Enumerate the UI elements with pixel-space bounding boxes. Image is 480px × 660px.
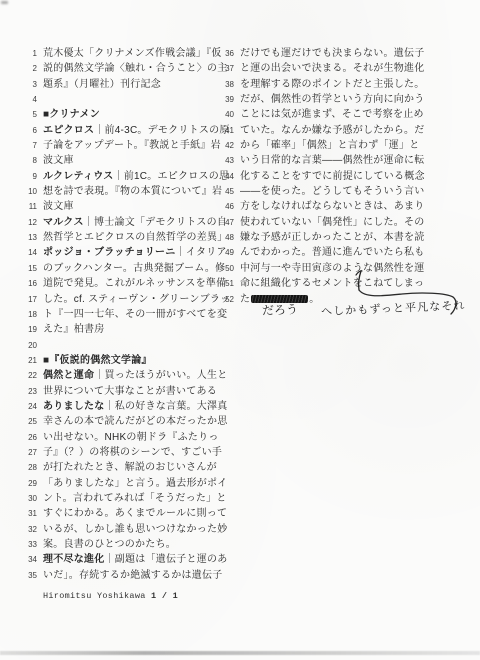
line-text: い出せない。NHKの朝ドラ『ふたりっ	[43, 430, 219, 445]
line-text: 幸さんの本で読んだがどの本だったか思	[43, 414, 228, 429]
text-line: 9ルクレティウス｜前1C。エピクロスの思	[21, 169, 230, 184]
text-line: 51命に組織化するセメントをこねてしまっ	[210, 276, 425, 291]
line-text: 想を詩で表現。『物の本質について』岩	[43, 184, 222, 199]
text-line: 39だが、偶然性の哲学という方向に向かう	[210, 92, 425, 107]
text-line: 31すぐにわかる。あくまでルールに則って	[21, 506, 230, 521]
line-number: 45	[210, 184, 234, 199]
text-line: 21■『仮説的偶然文学論』	[21, 353, 230, 368]
text-line: 20	[21, 338, 230, 353]
text-line: 42から「確率」「偶然」と言わず「運」と	[210, 138, 425, 153]
line-text: すぐにわかる。あくまでルールに則って	[43, 506, 227, 521]
left-text-column: 1荒木優太「クリナメンズ作戦会議」『仮2説的偶然文学論〈触れ・合うこと〉の主3題…	[21, 46, 230, 583]
line-text: ト『一四一七年、その一冊がすべてを変	[43, 307, 227, 322]
line-number: 46	[210, 199, 234, 214]
line-number: 3	[21, 77, 37, 92]
line-text: 案。良書のひとつのかたち。	[43, 537, 176, 552]
line-text: 世界について大事なことが書いてある	[43, 384, 217, 399]
line-text: 然哲学とエピクロスの自然哲学の差異」	[43, 230, 228, 245]
text-line: 22偶然と運命｜買ったほうがいい。人生と	[21, 368, 230, 383]
text-line: 11波文庫	[21, 199, 230, 214]
line-number: 32	[21, 522, 37, 537]
line-text: ありましたな｜私の好きな言葉。大澤真	[43, 399, 228, 414]
text-line: 33案。良書のひとつのかたち。	[21, 537, 230, 552]
line-text: 波文庫	[43, 199, 74, 214]
line-number: 38	[210, 77, 234, 92]
text-line: 48嫌な予感が正しかったことが、本書を読	[210, 230, 425, 245]
line-number: 31	[21, 506, 37, 521]
line-number: 50	[210, 261, 234, 276]
line-number: 10	[21, 184, 37, 199]
text-line: 14ポッジョ・ブラッチョリーニ｜イタリア	[21, 245, 230, 260]
line-number: 8	[21, 153, 37, 168]
line-number: 35	[21, 568, 37, 583]
line-number: 18	[21, 307, 37, 322]
line-number: 42	[210, 138, 234, 153]
text-line: 13然哲学とエピクロスの自然哲学の差異」	[21, 230, 230, 245]
text-line: 34理不尽な進化｜副題は「遺伝子と運のあ	[21, 552, 230, 567]
line-text: と運の出会いで決まる。それが生物進化	[240, 61, 425, 76]
text-line: 40ことには気が進まず、そこで考察を止め	[210, 107, 425, 122]
line-number: 13	[21, 230, 37, 245]
line-text: 子論をアップデート。『教説と手紙』岩	[43, 138, 221, 153]
text-line: 36だけでも運だけでも決まらない。遺伝子	[210, 46, 425, 61]
line-number: 37	[210, 61, 234, 76]
text-line: 50中河与一や寺田寅彦のような偶然性を運	[210, 261, 425, 276]
text-line: 28が打たれたとき、解説のおじいさんが	[21, 460, 230, 475]
line-number: 51	[210, 276, 234, 291]
line-text: 中河与一や寺田寅彦のような偶然性を運	[240, 261, 425, 276]
line-text: のブックハンター。古典発掘ブーム。修	[43, 261, 225, 276]
text-line: 19えた』柏書房	[21, 322, 230, 337]
text-line: 4	[21, 92, 230, 107]
line-number: 34	[21, 552, 37, 567]
line-text: 使われていない「偶発性」にした。その	[240, 215, 425, 230]
line-number: 48	[210, 230, 234, 245]
text-line: 46方をしなければならないときは、あまり	[210, 199, 425, 214]
line-text: んでわかった。普通に進んでいたら私も	[240, 245, 425, 260]
line-number: 33	[21, 537, 37, 552]
line-text: 理不尽な進化｜副題は「遺伝子と運のあ	[43, 552, 228, 567]
line-text: 嫌な予感が正しかったことが、本書を読	[240, 230, 425, 245]
line-number: 41	[210, 123, 234, 138]
line-text: 題系』（月曜社）刊行記念	[43, 77, 161, 92]
line-number: 47	[210, 215, 234, 230]
footer-page-indicator: 1 / 1	[151, 591, 178, 601]
line-number: 39	[210, 92, 234, 107]
line-text: エピクロス｜前4-3C。デモクリトスの原	[43, 123, 230, 138]
line-text: えた』柏書房	[43, 322, 105, 337]
text-line: 5■クリナメン	[21, 107, 230, 122]
text-line: 7子論をアップデート。『教説と手紙』岩	[21, 138, 230, 153]
line-text: ことには気が進まず、そこで考察を止め	[240, 107, 424, 122]
line-number: 29	[21, 476, 37, 491]
line-number: 11	[21, 199, 37, 214]
text-line: 44化することをすでに前提にしている概念	[210, 169, 425, 184]
line-text: 方をしなければならないときは、あまり	[240, 199, 425, 214]
text-line: 10想を詩で表現。『物の本質について』岩	[21, 184, 230, 199]
line-text: ていた。なんか嫌な予感がしたから。だ	[240, 123, 425, 138]
text-line: 37と運の出会いで決まる。それが生物進化	[210, 61, 425, 76]
line-text: ポッジョ・ブラッチョリーニ｜イタリア	[43, 245, 227, 260]
line-number: 21	[21, 353, 37, 368]
line-text: が打たれたとき、解説のおじいさんが	[43, 460, 217, 475]
line-number: 27	[21, 445, 37, 460]
line-number: 36	[210, 46, 234, 61]
line-number: 40	[210, 107, 234, 122]
text-line: 8波文庫	[21, 153, 230, 168]
text-line: 15のブックハンター。古典発掘ブーム。修	[21, 261, 230, 276]
text-line: 30ント。言われてみれば「そうだった」と	[21, 491, 230, 506]
line-number: 52	[210, 292, 234, 307]
text-line: 47使われていない「偶発性」にした。その	[210, 215, 425, 230]
line-number: 19	[21, 322, 37, 337]
text-line: 25幸さんの本で読んだがどの本だったか思	[21, 414, 230, 429]
scan-edge-shadow	[0, 651, 480, 655]
line-number: 25	[21, 414, 37, 429]
line-text: した。cf. スティーヴン・グリーンブラッ	[43, 292, 230, 307]
line-text: ■クリナメン	[43, 107, 100, 122]
text-line: 38を理解する際のポイントだと主張した。	[210, 77, 425, 92]
line-number: 49	[210, 245, 234, 260]
line-number: 5	[21, 107, 37, 122]
text-line: 12マルクス｜博士論文「デモクリトスの自	[21, 215, 230, 230]
line-number: 20	[21, 338, 37, 353]
handwritten-replacement-text: だろう	[262, 300, 299, 318]
line-text: いだ」。存続するか絶滅するかは遺伝子	[43, 568, 223, 583]
line-number: 7	[21, 138, 37, 153]
text-line: 32いるが、しかし誰も思いつけなかった妙	[21, 522, 230, 537]
line-number: 1	[21, 46, 37, 61]
line-text: 偶然と運命｜買ったほうがいい。人生と	[43, 368, 228, 383]
line-text: 命に組織化するセメントをこねてしまっ	[240, 276, 424, 291]
page-footer: Hiromitsu Yoshikawa 1 / 1	[43, 591, 178, 601]
text-line: 23世界について大事なことが書いてある	[21, 384, 230, 399]
line-text: 道院で発見。これがルネッサンスを準備	[43, 276, 226, 291]
line-number: 4	[21, 92, 37, 107]
line-text: 子』（？）の将棋のシーンで、すごい手	[43, 445, 222, 460]
line-text: いう日常的な言葉——偶然性が運命に転	[240, 153, 425, 168]
line-number: 6	[21, 123, 37, 138]
right-text-column: 36だけでも運だけでも決まらない。遺伝子37と運の出会いで決まる。それが生物進化…	[210, 46, 425, 307]
line-text: マルクス｜博士論文「デモクリトスの自	[43, 215, 227, 230]
text-line: 45——を使った。どうしてもそういう言い	[210, 184, 425, 199]
line-text: ■『仮説的偶然文学論』	[43, 353, 152, 368]
text-line: 27子』（？）の将棋のシーンで、すごい手	[21, 445, 230, 460]
line-number: 16	[21, 276, 37, 291]
text-line: 2説的偶然文学論〈触れ・合うこと〉の主	[21, 61, 230, 76]
line-text: 化することをすでに前提にしている概念	[240, 169, 425, 184]
text-line: 29「ありましたな」と言う。過去形がポイ	[21, 476, 230, 491]
line-number: 43	[210, 153, 234, 168]
footer-author: Hiromitsu Yoshikawa	[43, 591, 146, 601]
text-line: 1荒木優太「クリナメンズ作戦会議」『仮	[21, 46, 230, 61]
line-text: から「確率」「偶然」と言わず「運」と	[240, 138, 420, 153]
line-text: ルクレティウス｜前1C。エピクロスの思	[43, 169, 229, 184]
line-text: ント。言われてみれば「そうだった」と	[43, 491, 227, 506]
line-text: 波文庫	[43, 153, 74, 168]
line-number: 22	[21, 368, 37, 383]
line-number: 2	[21, 61, 37, 76]
line-number: 30	[21, 491, 37, 506]
line-text: 説的偶然文学論〈触れ・合うこと〉の主	[43, 61, 228, 76]
text-line: 49んでわかった。普通に進んでいたら私も	[210, 245, 425, 260]
line-number: 12	[21, 215, 37, 230]
line-number: 24	[21, 399, 37, 414]
scan-corner-mark	[1, 1, 8, 4]
line-text: を理解する際のポイントだと主張した。	[240, 77, 425, 92]
text-line: 3題系』（月曜社）刊行記念	[21, 77, 230, 92]
line-number: 23	[21, 384, 37, 399]
text-line: 24ありましたな｜私の好きな言葉。大澤真	[21, 399, 230, 414]
line-number: 44	[210, 169, 234, 184]
line-text: だけでも運だけでも決まらない。遺伝子	[240, 46, 425, 61]
text-line: 43いう日常的な言葉——偶然性が運命に転	[210, 153, 425, 168]
text-line: 41ていた。なんか嫌な予感がしたから。だ	[210, 123, 425, 138]
line-text: 「ありましたな」と言う。過去形がポイ	[43, 476, 228, 491]
text-line: 26い出せない。NHKの朝ドラ『ふたりっ	[21, 430, 230, 445]
line-number: 28	[21, 460, 37, 475]
text-line: 16道院で発見。これがルネッサンスを準備	[21, 276, 230, 291]
line-text: だが、偶然性の哲学という方向に向かう	[240, 92, 425, 107]
text-line: 35いだ」。存続するか絶滅するかは遺伝子	[21, 568, 230, 583]
line-number: 9	[21, 169, 37, 184]
line-text: いるが、しかし誰も思いつけなかった妙	[43, 522, 228, 537]
line-number: 26	[21, 430, 37, 445]
line-number: 17	[21, 292, 37, 307]
line-number: 15	[21, 261, 37, 276]
line-text: 荒木優太「クリナメンズ作戦会議」『仮	[43, 46, 222, 61]
line-number: 14	[21, 245, 37, 260]
text-line: 6エピクロス｜前4-3C。デモクリトスの原	[21, 123, 230, 138]
text-line: 17した。cf. スティーヴン・グリーンブラッ	[21, 292, 230, 307]
line-text: ——を使った。どうしてもそういう言い	[240, 184, 425, 199]
text-line: 18ト『一四一七年、その一冊がすべてを変	[21, 307, 230, 322]
